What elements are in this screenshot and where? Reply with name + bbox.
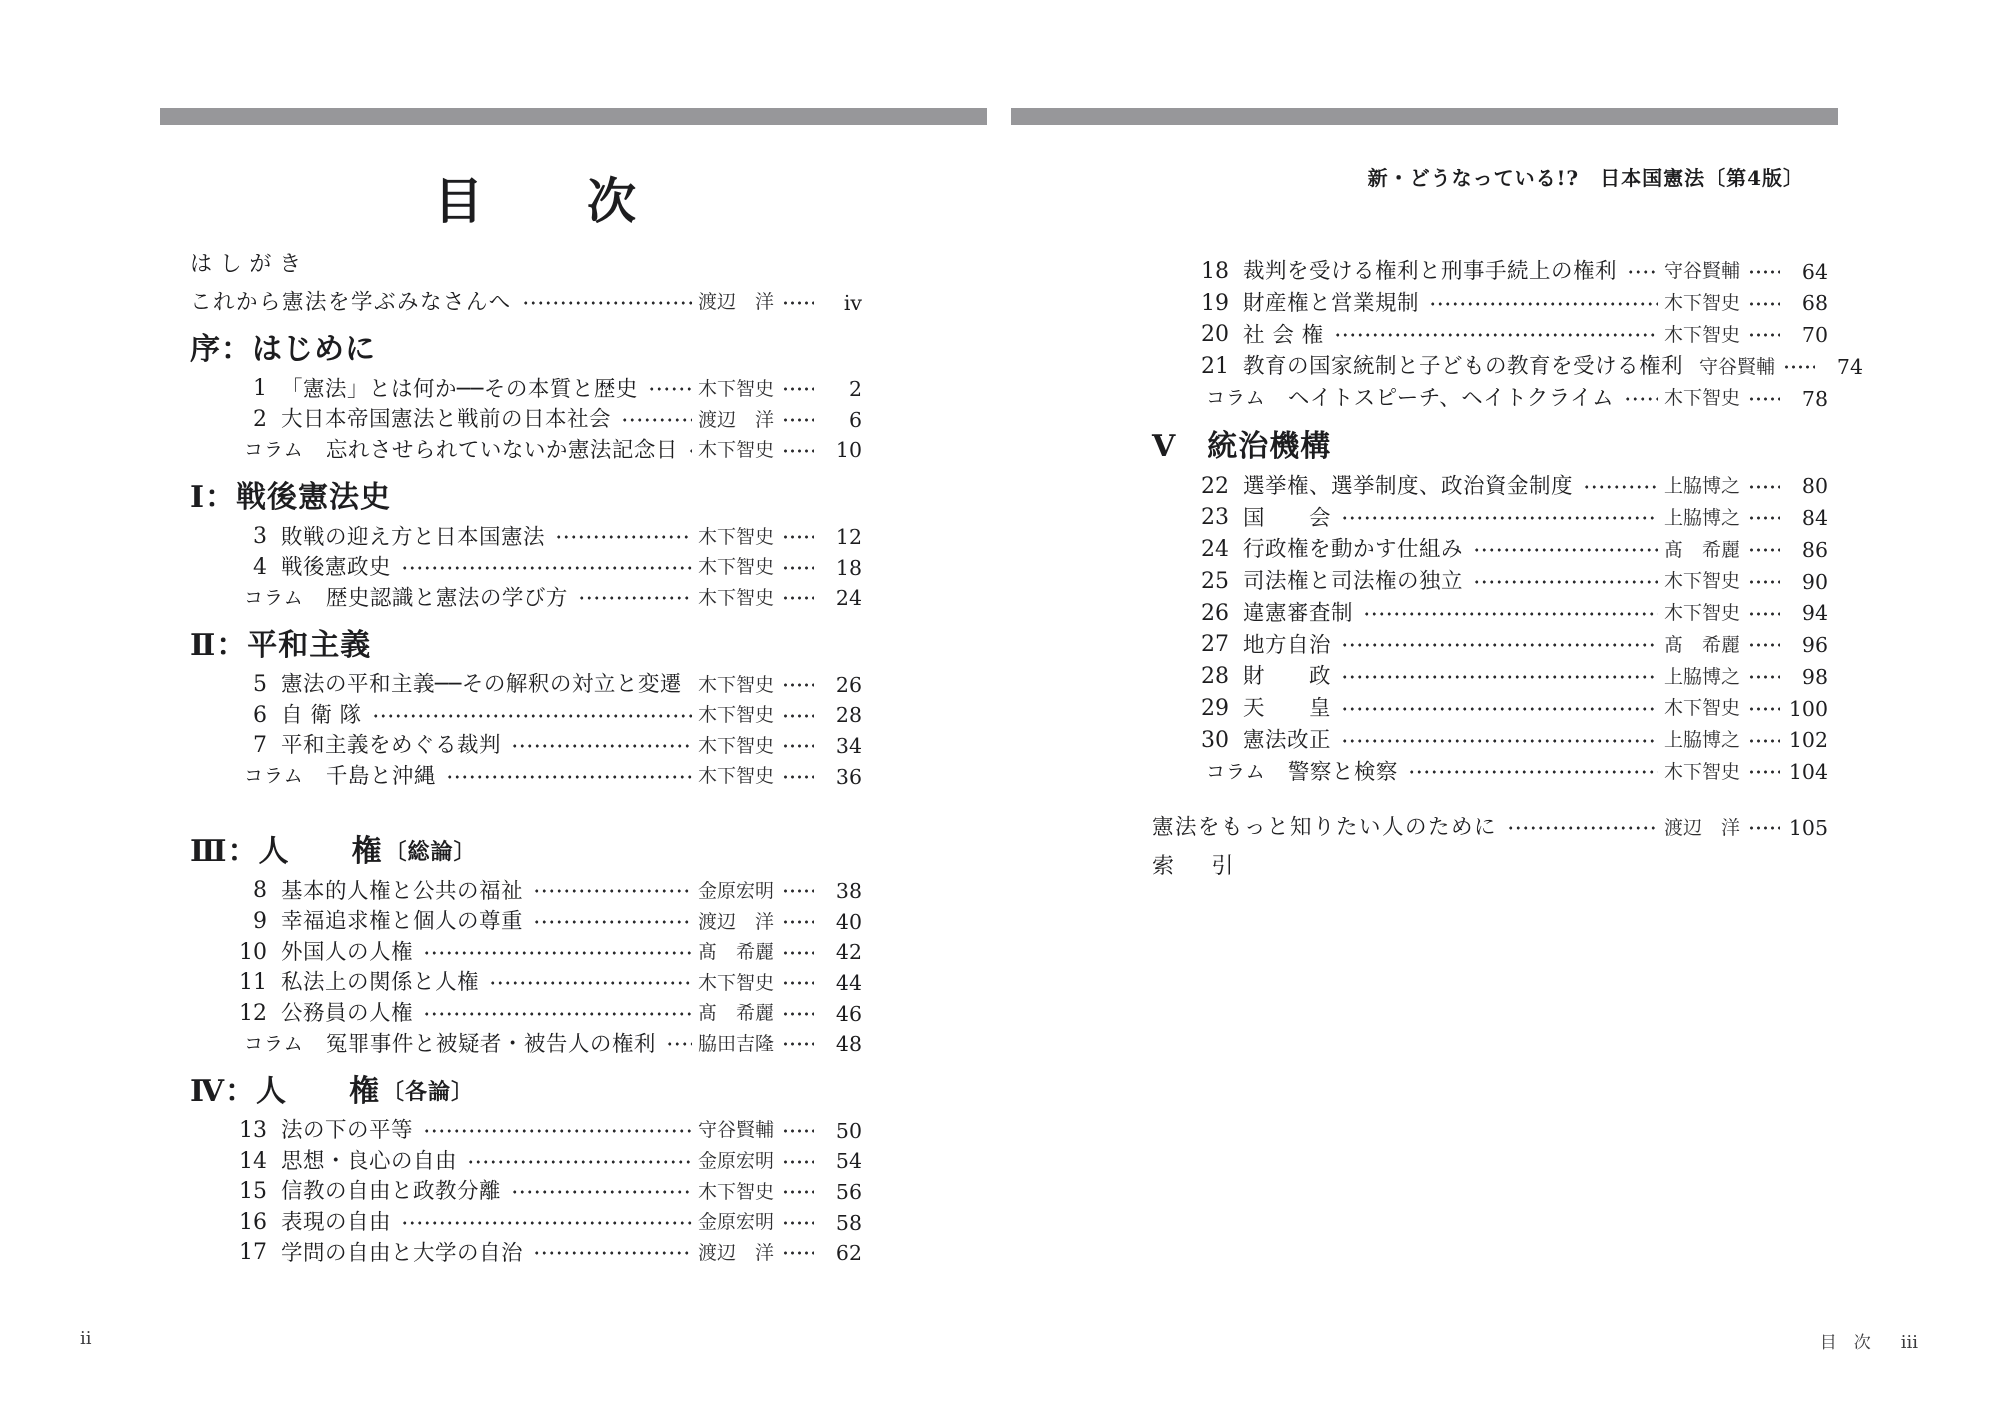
toc-item-author: 木下智史 — [698, 380, 778, 399]
dot-leader — [1429, 294, 1658, 314]
dot-leader — [401, 1213, 692, 1233]
dot-leader — [423, 1004, 692, 1024]
dot-leader — [1408, 762, 1658, 782]
toc-item-number: 26 — [1122, 603, 1229, 625]
dot-leader — [511, 1182, 692, 1202]
dot-leader — [446, 767, 692, 787]
toc-item: 7 平和主義をめぐる裁判 木下智史 34 — [160, 731, 862, 762]
dot-separator — [782, 1213, 814, 1233]
toc-item-author: 上脇博之 — [1664, 509, 1744, 528]
dot-separator — [782, 973, 814, 993]
toc-item-author: 木下智史 — [1664, 389, 1744, 408]
dot-separator — [782, 1034, 814, 1054]
toc-item-title: 財 政 — [1243, 666, 1331, 688]
toc-item-author: 上脇博之 — [1664, 668, 1744, 687]
toc-item: 12 公務員の人権 髙 希麗 46 — [160, 999, 862, 1030]
toc-item-page: 56 — [818, 1182, 862, 1203]
toc-item-page: 54 — [818, 1151, 862, 1172]
dot-separator — [1748, 604, 1780, 624]
toc-item-author: 木下智史 — [1664, 294, 1744, 313]
toc-item-author: 髙 希麗 — [698, 1004, 778, 1023]
toc-plain-entry: はしがき — [160, 250, 862, 281]
toc-item-title: 憲法をもっと知りたい人のために — [1152, 817, 1497, 839]
toc-item-author: 木下智史 — [1664, 326, 1744, 345]
toc-item: 24 行政権を動かす仕組み 髙 希麗 86 — [1122, 534, 1828, 566]
column-label: コラム — [244, 1035, 304, 1054]
toc-item-author: 渡辺 洋 — [698, 411, 778, 430]
dot-leader — [467, 1152, 692, 1172]
dot-separator — [1748, 477, 1780, 497]
toc-item-page: 6 — [818, 410, 862, 431]
column-label: コラム — [244, 767, 304, 786]
page-right: 新・どうなっている!? 日本国憲法〔第4版〕 18 裁判を受ける権利と刑事手続上… — [1000, 0, 2000, 1414]
dot-leader — [401, 558, 692, 578]
toc-item-number: 9 — [160, 911, 267, 933]
scanned-toc-spread: { "colors": { "bar": "#97979a", "text": … — [0, 0, 2000, 1414]
toc-item-author: 脇田吉隆 — [698, 1035, 778, 1054]
toc-item-number: 13 — [160, 1120, 267, 1142]
dot-separator — [1748, 762, 1780, 782]
toc-column-item: コラム 歴史認識と憲法の学び方 木下智史 24 — [160, 583, 862, 614]
dot-separator — [782, 1152, 814, 1172]
toc-item-page: 12 — [818, 527, 862, 548]
toc-item: 1 「憲法」とは何か──その本質と歴史 木下智史 2 — [160, 374, 862, 405]
toc-item-number: 27 — [1122, 634, 1229, 656]
toc-item-title: 私法上の関係と人権 — [281, 972, 479, 994]
dot-separator — [782, 527, 814, 547]
dot-separator — [782, 1004, 814, 1024]
toc-item: 18 裁判を受ける権利と刑事手続上の権利 守谷賢輔 64 — [1122, 256, 1828, 288]
toc-column-item: コラム ヘイトスピーチ、ヘイトクライム 木下智史 78 — [1122, 383, 1828, 415]
dot-leader — [533, 881, 692, 901]
dot-separator — [782, 293, 814, 313]
dot-leader — [372, 706, 692, 726]
toc-item-page: 34 — [818, 736, 862, 757]
toc-item-number: 14 — [160, 1151, 267, 1173]
toc-item: 22 選挙権、選挙制度、政治資金制度 上脇博之 80 — [1122, 471, 1828, 503]
page-title: 目 次 — [160, 177, 912, 226]
toc-item-page: 50 — [818, 1121, 862, 1142]
toc-item-number: 7 — [160, 735, 267, 757]
toc-item-title: 敗戦の迎え方と日本国憲法 — [281, 527, 545, 549]
toc-item-page: 86 — [1784, 540, 1828, 561]
dot-leader — [423, 943, 692, 963]
toc-item: 29 天 皇 木下智史 100 — [1122, 693, 1828, 725]
toc-item-author: 金原宏明 — [698, 1213, 778, 1232]
toc-item-page: 46 — [818, 1004, 862, 1025]
toc-item-title: 国 会 — [1243, 508, 1331, 530]
section-heading-label: 序：はじめに — [190, 335, 376, 365]
left-folio: ii — [80, 1328, 92, 1349]
toc-column-item: コラム 忘れさせられていないか憲法記念日 木下智史 10 — [160, 435, 862, 466]
column-label: コラム — [1206, 763, 1266, 782]
toc-item: 11 私法上の関係と人権 木下智史 44 — [160, 968, 862, 999]
toc-item-title: 大日本帝国憲法と戦前の日本社会 — [281, 409, 611, 431]
toc-column-item: コラム 冤罪事件と被疑者・被告人の権利 脇田吉隆 48 — [160, 1029, 862, 1060]
toc-item-number: 19 — [1122, 293, 1229, 315]
toc-item: 憲法をもっと知りたい人のために 渡辺 洋 105 — [1122, 812, 1828, 844]
dot-separator — [782, 588, 814, 608]
toc-item-author: 木下智史 — [698, 558, 778, 577]
dot-leader — [688, 441, 692, 461]
dot-leader — [1341, 508, 1658, 528]
dot-separator — [1748, 667, 1780, 687]
toc-item-title: これから憲法を学ぶみなさんへ — [190, 292, 512, 314]
section-heading: Ⅰ：戦後憲法史 — [160, 474, 862, 522]
toc-item-page: 94 — [1784, 603, 1828, 624]
dot-separator — [1748, 294, 1780, 314]
dot-leader — [578, 588, 692, 608]
section-heading-label: Ⅳ：人 権 — [190, 1077, 380, 1107]
toc-item-number: 18 — [1122, 261, 1229, 283]
toc-item-title: 歴史認識と憲法の学び方 — [326, 588, 568, 610]
toc-item-number: 20 — [1122, 324, 1229, 346]
toc-item-page: 28 — [818, 705, 862, 726]
toc-item-number: 6 — [160, 705, 267, 727]
section-heading: Ⅴ 統治機構 — [1122, 423, 1828, 471]
section-heading-label: Ⅰ：戦後憲法史 — [190, 483, 391, 513]
toc-item-number: 1 — [160, 378, 267, 400]
toc-item: 13 法の下の平等 守谷賢輔 50 — [160, 1116, 862, 1147]
section-heading-label: Ⅴ 統治機構 — [1152, 432, 1331, 462]
toc-item-author: 髙 希麗 — [698, 943, 778, 962]
toc-item-title: 憲法の平和主義──その解釈の対立と変遷 — [281, 674, 682, 696]
toc-item-title: 教育の国家統制と子どもの教育を受ける権利 — [1243, 356, 1683, 378]
toc-item-page: 84 — [1784, 508, 1828, 529]
dot-leader — [1583, 477, 1658, 497]
toc-item-title: 地方自治 — [1243, 635, 1331, 657]
dot-leader — [533, 1243, 692, 1263]
toc-item: 3 敗戦の迎え方と日本国憲法 木下智史 12 — [160, 522, 862, 553]
toc-item: 16 表現の自由 金原宏明 58 — [160, 1207, 862, 1238]
toc-item: 14 思想・良心の自由 金原宏明 54 — [160, 1146, 862, 1177]
toc-column-item: コラム 警察と検察 木下智史 104 — [1122, 757, 1828, 789]
toc-item-page: 36 — [818, 767, 862, 788]
toc-item: 9 幸福追求権と個人の尊重 渡辺 洋 40 — [160, 907, 862, 938]
dot-separator — [1748, 508, 1780, 528]
dot-leader — [1627, 262, 1658, 282]
toc-item-author: 木下智史 — [698, 589, 778, 608]
toc-item-number: 16 — [160, 1212, 267, 1234]
toc-item-page: 10 — [818, 440, 862, 461]
running-head: 新・どうなっている!? 日本国憲法〔第4版〕 — [1368, 162, 1804, 191]
toc-item-title: 公務員の人権 — [281, 1003, 413, 1025]
toc-item: 26 違憲審査制 木下智史 94 — [1122, 598, 1828, 630]
toc-item-number: 21 — [1122, 356, 1229, 378]
dot-separator — [1783, 357, 1815, 377]
toc-item-author: 守谷賢輔 — [1664, 262, 1744, 281]
toc-item-author: 上脇博之 — [1664, 731, 1744, 750]
toc-item-number: 15 — [160, 1181, 267, 1203]
toc-item-author: 渡辺 洋 — [698, 913, 778, 932]
dot-leader — [1473, 540, 1658, 560]
dot-leader — [1341, 667, 1658, 687]
toc-item-title: 平和主義をめぐる裁判 — [281, 735, 501, 757]
toc-item-author: 木下智史 — [698, 1183, 778, 1202]
toc-item-page: 104 — [1784, 762, 1828, 783]
toc-item-number: 28 — [1122, 666, 1229, 688]
toc-item-title: 違憲審査制 — [1243, 603, 1353, 625]
dot-leader — [522, 293, 692, 313]
toc-item-page: 18 — [818, 558, 862, 579]
toc-item-page: 48 — [818, 1034, 862, 1055]
section-heading: Ⅱ：平和主義 — [160, 622, 862, 670]
dot-leader — [533, 912, 692, 932]
toc-item-page: 105 — [1784, 818, 1828, 839]
toc-item-title: 天 皇 — [1243, 698, 1331, 720]
toc-item: 19 財産権と営業規制 木下智史 68 — [1122, 288, 1828, 320]
toc-item-title: 表現の自由 — [281, 1212, 391, 1234]
toc-item-page: 44 — [818, 973, 862, 994]
dot-separator — [782, 1182, 814, 1202]
dot-leader — [1473, 572, 1658, 592]
toc-item-page: 70 — [1784, 325, 1828, 346]
column-label: コラム — [244, 589, 304, 608]
toc-item-number: 23 — [1122, 507, 1229, 529]
toc-item-number: 30 — [1122, 730, 1229, 752]
toc-item-number: 2 — [160, 409, 267, 431]
toc-item-author: 木下智史 — [1664, 604, 1744, 623]
dot-leader — [1507, 818, 1658, 838]
dot-leader — [621, 410, 692, 430]
toc-item-title: 裁判を受ける権利と刑事手続上の権利 — [1243, 261, 1617, 283]
dot-separator — [782, 943, 814, 963]
toc-item-title: 忘れさせられていないか憲法記念日 — [326, 440, 678, 462]
toc-item: 25 司法権と司法権の独立 木下智史 90 — [1122, 566, 1828, 598]
dot-separator — [782, 767, 814, 787]
dot-leader — [423, 1121, 692, 1141]
dot-separator — [1748, 818, 1780, 838]
toc-item-number: 17 — [160, 1242, 267, 1264]
toc-item: 8 基本的人権と公共の福祉 金原宏明 38 — [160, 876, 862, 907]
toc-item-page: 90 — [1784, 572, 1828, 593]
toc-item-author: 木下智史 — [698, 706, 778, 725]
toc-item-author: 木下智史 — [698, 528, 778, 547]
dot-separator — [782, 441, 814, 461]
toc-item-title: 学問の自由と大学の自治 — [281, 1243, 523, 1265]
toc-item: 27 地方自治 髙 希麗 96 — [1122, 630, 1828, 662]
dot-separator — [1748, 699, 1780, 719]
section-heading-suffix: 〔総論〕 — [385, 841, 477, 863]
toc-item-number: 3 — [160, 526, 267, 548]
left-header-bar — [160, 108, 987, 125]
dot-leader — [511, 736, 692, 756]
toc-item-title: 行政権を動かす仕組み — [1243, 539, 1463, 561]
toc-item-author: 渡辺 洋 — [698, 293, 778, 312]
toc-item-page: 102 — [1784, 730, 1828, 751]
toc-item-title: 財産権と営業規制 — [1243, 293, 1419, 315]
dot-separator — [1748, 389, 1780, 409]
toc-item-title: 冤罪事件と被疑者・被告人の権利 — [326, 1034, 656, 1056]
toc-item-page: 38 — [818, 881, 862, 902]
dot-leader — [1341, 699, 1658, 719]
toc-item: 17 学問の自由と大学の自治 渡辺 洋 62 — [160, 1238, 862, 1269]
toc-item-number: 11 — [160, 972, 267, 994]
section-heading: Ⅲ：人 権 〔総論〕 — [160, 828, 862, 876]
dot-separator — [1748, 731, 1780, 751]
right-header-bar — [1011, 108, 1838, 125]
toc-item: 6 自 衛 隊 木下智史 28 — [160, 700, 862, 731]
dot-separator — [782, 912, 814, 932]
toc-item-page: 26 — [818, 675, 862, 696]
toc-item-title: 千島と沖縄 — [326, 766, 436, 788]
dot-leader — [1334, 325, 1658, 345]
toc-item: 30 憲法改正 上脇博之 102 — [1122, 725, 1828, 757]
toc-item-page: 78 — [1784, 389, 1828, 410]
toc-item-title: 戦後憲政史 — [281, 557, 391, 579]
toc-plain-entry: 索 引 — [1122, 851, 1828, 883]
toc-column-item: コラム 千島と沖縄 木下智史 36 — [160, 762, 862, 793]
toc-item-author: 金原宏明 — [698, 882, 778, 901]
toc-item-number: 29 — [1122, 698, 1229, 720]
toc-item-title: 選挙権、選挙制度、政治資金制度 — [1243, 476, 1573, 498]
toc-item-number: 4 — [160, 557, 267, 579]
toc-right: 18 裁判を受ける権利と刑事手続上の権利 守谷賢輔 64 19 財産権と営業規制… — [1122, 256, 1828, 883]
toc-item-author: 木下智史 — [698, 441, 778, 460]
toc-item: 5 憲法の平和主義──その解釈の対立と変遷 木下智史 26 — [160, 670, 862, 701]
toc-item-author: 金原宏明 — [698, 1152, 778, 1171]
dot-separator — [782, 675, 814, 695]
dot-separator — [782, 881, 814, 901]
toc-item-number: 12 — [160, 1003, 267, 1025]
toc-item-author: 渡辺 洋 — [698, 1244, 778, 1263]
toc-item-author: 髙 希麗 — [1664, 636, 1744, 655]
dot-leader — [648, 379, 692, 399]
toc-item-number: 10 — [160, 942, 267, 964]
toc-item-title: 外国人の人権 — [281, 942, 413, 964]
toc-item-author: 木下智史 — [698, 974, 778, 993]
dot-separator — [782, 1121, 814, 1141]
section-heading-label: Ⅲ：人 権 — [190, 837, 383, 867]
toc-item-title: 基本的人権と公共の福祉 — [281, 881, 523, 903]
toc-item-page: iv — [818, 293, 862, 314]
dot-separator — [782, 410, 814, 430]
toc-item-page: 96 — [1784, 635, 1828, 656]
dot-leader — [1341, 635, 1658, 655]
toc-item-title: 幸福追求権と個人の尊重 — [281, 911, 523, 933]
toc-item: 10 外国人の人権 髙 希麗 42 — [160, 937, 862, 968]
toc-item-title: 「憲法」とは何か──その本質と歴史 — [281, 379, 638, 401]
toc-item-title: 信教の自由と政教分離 — [281, 1181, 501, 1203]
toc-item-page: 40 — [818, 912, 862, 933]
dot-separator — [782, 736, 814, 756]
section-heading-suffix: 〔各論〕 — [382, 1081, 474, 1103]
toc-item-title: 法の下の平等 — [281, 1120, 413, 1142]
toc-item-page: 24 — [818, 588, 862, 609]
dot-separator — [782, 558, 814, 578]
toc-item-page: 68 — [1784, 293, 1828, 314]
right-folio-label: 目 次 — [1820, 1328, 1871, 1353]
toc-item-author: 守谷賢輔 — [1699, 358, 1779, 377]
toc-left: はしがき これから憲法を学ぶみなさんへ 渡辺 洋 iv 序：はじめに 1 「憲法… — [160, 250, 862, 1269]
toc-item-title: 警察と検察 — [1288, 762, 1398, 784]
toc-item: 23 国 会 上脇博之 84 — [1122, 503, 1828, 535]
section-heading: Ⅳ：人 権 〔各論〕 — [160, 1068, 862, 1116]
dot-separator — [1748, 262, 1780, 282]
toc-item-number: 24 — [1122, 539, 1229, 561]
right-folio: 目 次 iii — [1820, 1328, 1918, 1353]
column-label: コラム — [1206, 389, 1266, 408]
toc-item: これから憲法を学ぶみなさんへ 渡辺 洋 iv — [160, 288, 862, 319]
toc-item-author: 木下智史 — [698, 676, 778, 695]
toc-item-number: 5 — [160, 674, 267, 696]
dot-separator — [1748, 572, 1780, 592]
dot-separator — [782, 706, 814, 726]
section-heading: 序：はじめに — [160, 326, 862, 374]
toc-item: 20 社 会 権 木下智史 70 — [1122, 320, 1828, 352]
toc-item-author: 木下智史 — [698, 737, 778, 756]
toc-item: 4 戦後憲政史 木下智史 18 — [160, 553, 862, 584]
toc-item-author: 木下智史 — [1664, 699, 1744, 718]
toc-item-author: 木下智史 — [698, 767, 778, 786]
dot-leader — [1363, 604, 1658, 624]
dot-separator — [782, 379, 814, 399]
dot-separator — [1748, 540, 1780, 560]
toc-item-page: 2 — [818, 379, 862, 400]
dot-leader — [666, 1034, 692, 1054]
toc-item: 2 大日本帝国憲法と戦前の日本社会 渡辺 洋 6 — [160, 405, 862, 436]
dot-separator — [1748, 635, 1780, 655]
toc-item-title: 憲法改正 — [1243, 730, 1331, 752]
dot-leader — [1341, 731, 1658, 751]
toc-item-author: 守谷賢輔 — [698, 1121, 778, 1140]
dot-separator — [782, 1243, 814, 1263]
dot-leader — [555, 527, 692, 547]
toc-item-page: 80 — [1784, 476, 1828, 497]
dot-separator — [1748, 325, 1780, 345]
toc-item: 28 財 政 上脇博之 98 — [1122, 661, 1828, 693]
toc-item-page: 98 — [1784, 667, 1828, 688]
toc-item-author: 木下智史 — [1664, 763, 1744, 782]
toc-item-title: 社 会 権 — [1243, 325, 1324, 347]
toc-item-title: 自 衛 隊 — [281, 705, 362, 727]
column-label: コラム — [244, 441, 304, 460]
toc-item-title: 思想・良心の自由 — [281, 1151, 457, 1173]
toc-item-page: 42 — [818, 942, 862, 963]
toc-item-number: 22 — [1122, 476, 1229, 498]
toc-item-number: 25 — [1122, 571, 1229, 593]
toc-item-author: 上脇博之 — [1664, 477, 1744, 496]
toc-item-page: 58 — [818, 1213, 862, 1234]
right-folio-number: iii — [1901, 1332, 1918, 1353]
toc-item-title: ヘイトスピーチ、ヘイトクライム — [1288, 388, 1614, 410]
dot-leader — [1624, 389, 1658, 409]
toc-item-number: 8 — [160, 880, 267, 902]
toc-item: 15 信教の自由と政教分離 木下智史 56 — [160, 1177, 862, 1208]
section-heading-label: Ⅱ：平和主義 — [190, 631, 371, 661]
toc-item-author: 渡辺 洋 — [1664, 819, 1744, 838]
page-left: 目 次 はしがき これから憲法を学ぶみなさんへ 渡辺 洋 iv 序：はじめに 1… — [0, 0, 1000, 1414]
toc-item-title: 司法権と司法権の独立 — [1243, 571, 1463, 593]
toc-item-page: 64 — [1784, 262, 1828, 283]
toc-item: 21 教育の国家統制と子どもの教育を受ける権利 守谷賢輔 74 — [1122, 351, 1828, 383]
toc-item-page: 74 — [1819, 357, 1863, 378]
toc-item-page: 100 — [1784, 699, 1828, 720]
toc-item-page: 62 — [818, 1243, 862, 1264]
dot-leader — [489, 973, 692, 993]
toc-item-author: 髙 希麗 — [1664, 541, 1744, 560]
toc-item-author: 木下智史 — [1664, 572, 1744, 591]
